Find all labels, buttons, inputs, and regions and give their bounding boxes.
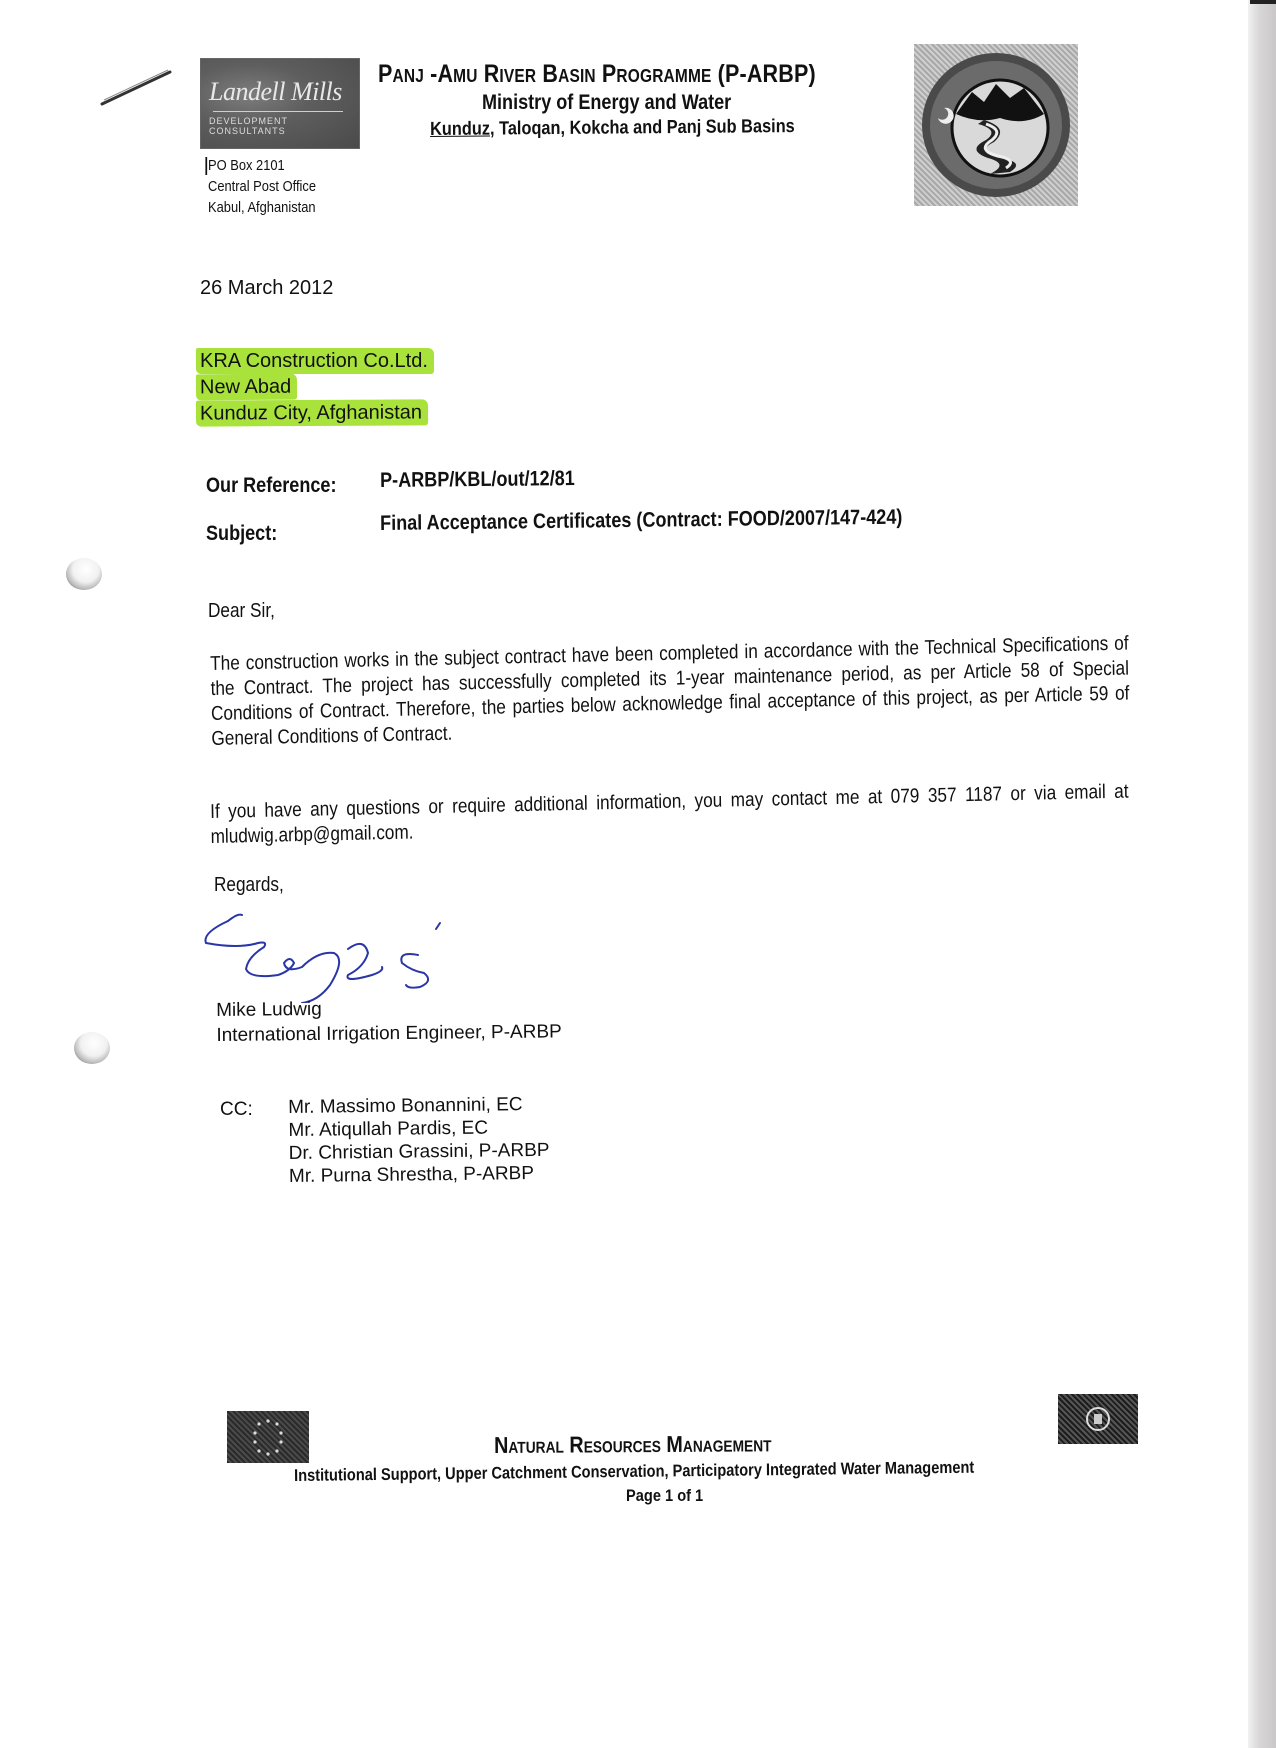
cc-recipient: Mr. Massimo Bonannini, EC xyxy=(288,1093,549,1119)
reference-value: P-ARBP/KBL/out/12/81 xyxy=(380,467,575,493)
address-line: PO Box 2101 xyxy=(208,155,316,176)
footer-title: Natural Resources Management xyxy=(494,1430,772,1459)
signer-title: International Irrigation Engineer, P-ARB… xyxy=(216,1019,562,1048)
subject-label: Subject: xyxy=(206,522,277,546)
eu-flag-icon xyxy=(227,1411,309,1463)
cc-recipient: Mr. Atiqullah Pardis, EC xyxy=(288,1116,549,1142)
recipient-line: Kunduz City, Afghanistan xyxy=(196,399,428,426)
address-mark xyxy=(205,157,207,175)
scan-edge-mark xyxy=(1250,0,1276,4)
cc-recipient: Dr. Christian Grassini, P-ARBP xyxy=(289,1139,550,1165)
recipient-address: KRA Construction Co.Ltd. New Abad Kunduz… xyxy=(202,348,434,426)
ministry-name: Ministry of Energy and Water xyxy=(482,91,731,115)
afghanistan-flag-icon xyxy=(1058,1394,1138,1444)
punch-hole xyxy=(74,1032,110,1064)
recipient-line: New Abad xyxy=(196,374,297,401)
staple-mark-icon xyxy=(98,62,178,112)
programme-title: Panj -Amu River Basin Programme (P-ARBP) xyxy=(378,60,816,89)
sender-address: PO Box 2101 Central Post Office Kabul, A… xyxy=(208,155,316,218)
logo-divider xyxy=(213,111,343,112)
address-line: Central Post Office xyxy=(208,176,316,197)
signature-icon xyxy=(198,893,488,1003)
cc-label: CC: xyxy=(220,1099,253,1121)
body-paragraph: The construction works in the subject co… xyxy=(210,631,1130,751)
landell-mills-logo: Landell Mills DEVELOPMENT CONSULTANTS xyxy=(200,58,360,149)
river-basin-emblem-icon xyxy=(914,44,1078,206)
signer-name: Mike Ludwig xyxy=(216,994,562,1023)
letter-date: 26 March 2012 xyxy=(200,277,333,300)
contact-paragraph: If you have any questions or require add… xyxy=(210,779,1129,849)
sub-basins-rest: , Taloqan, Kokcha and Panj Sub Basins xyxy=(490,116,795,139)
sub-basin-kunduz: Kunduz xyxy=(430,119,490,140)
recipient-line: KRA Construction Co.Ltd. xyxy=(196,348,434,374)
cc-recipient: Mr. Purna Shrestha, P-ARBP xyxy=(289,1162,550,1188)
punch-hole xyxy=(66,558,102,590)
scan-edge-shadow xyxy=(1248,0,1276,1748)
cc-list: Mr. Massimo Bonannini, EC Mr. Atiqullah … xyxy=(288,1093,550,1188)
reference-label: Our Reference: xyxy=(206,474,336,498)
sub-basins-line: Kunduz, Taloqan, Kokcha and Panj Sub Bas… xyxy=(430,116,795,141)
logo-name: Landell Mills xyxy=(209,77,342,107)
signer-block: Mike Ludwig International Irrigation Eng… xyxy=(216,994,562,1048)
salutation: Dear Sir, xyxy=(208,600,275,623)
address-line: Kabul, Afghanistan xyxy=(208,197,316,218)
page-number: Page 1 of 1 xyxy=(626,1486,703,1506)
footer-subtitle: Institutional Support, Upper Catchment C… xyxy=(294,1458,974,1486)
logo-subtext: DEVELOPMENT CONSULTANTS xyxy=(209,116,359,136)
subject-value: Final Acceptance Certificates (Contract:… xyxy=(380,506,902,536)
